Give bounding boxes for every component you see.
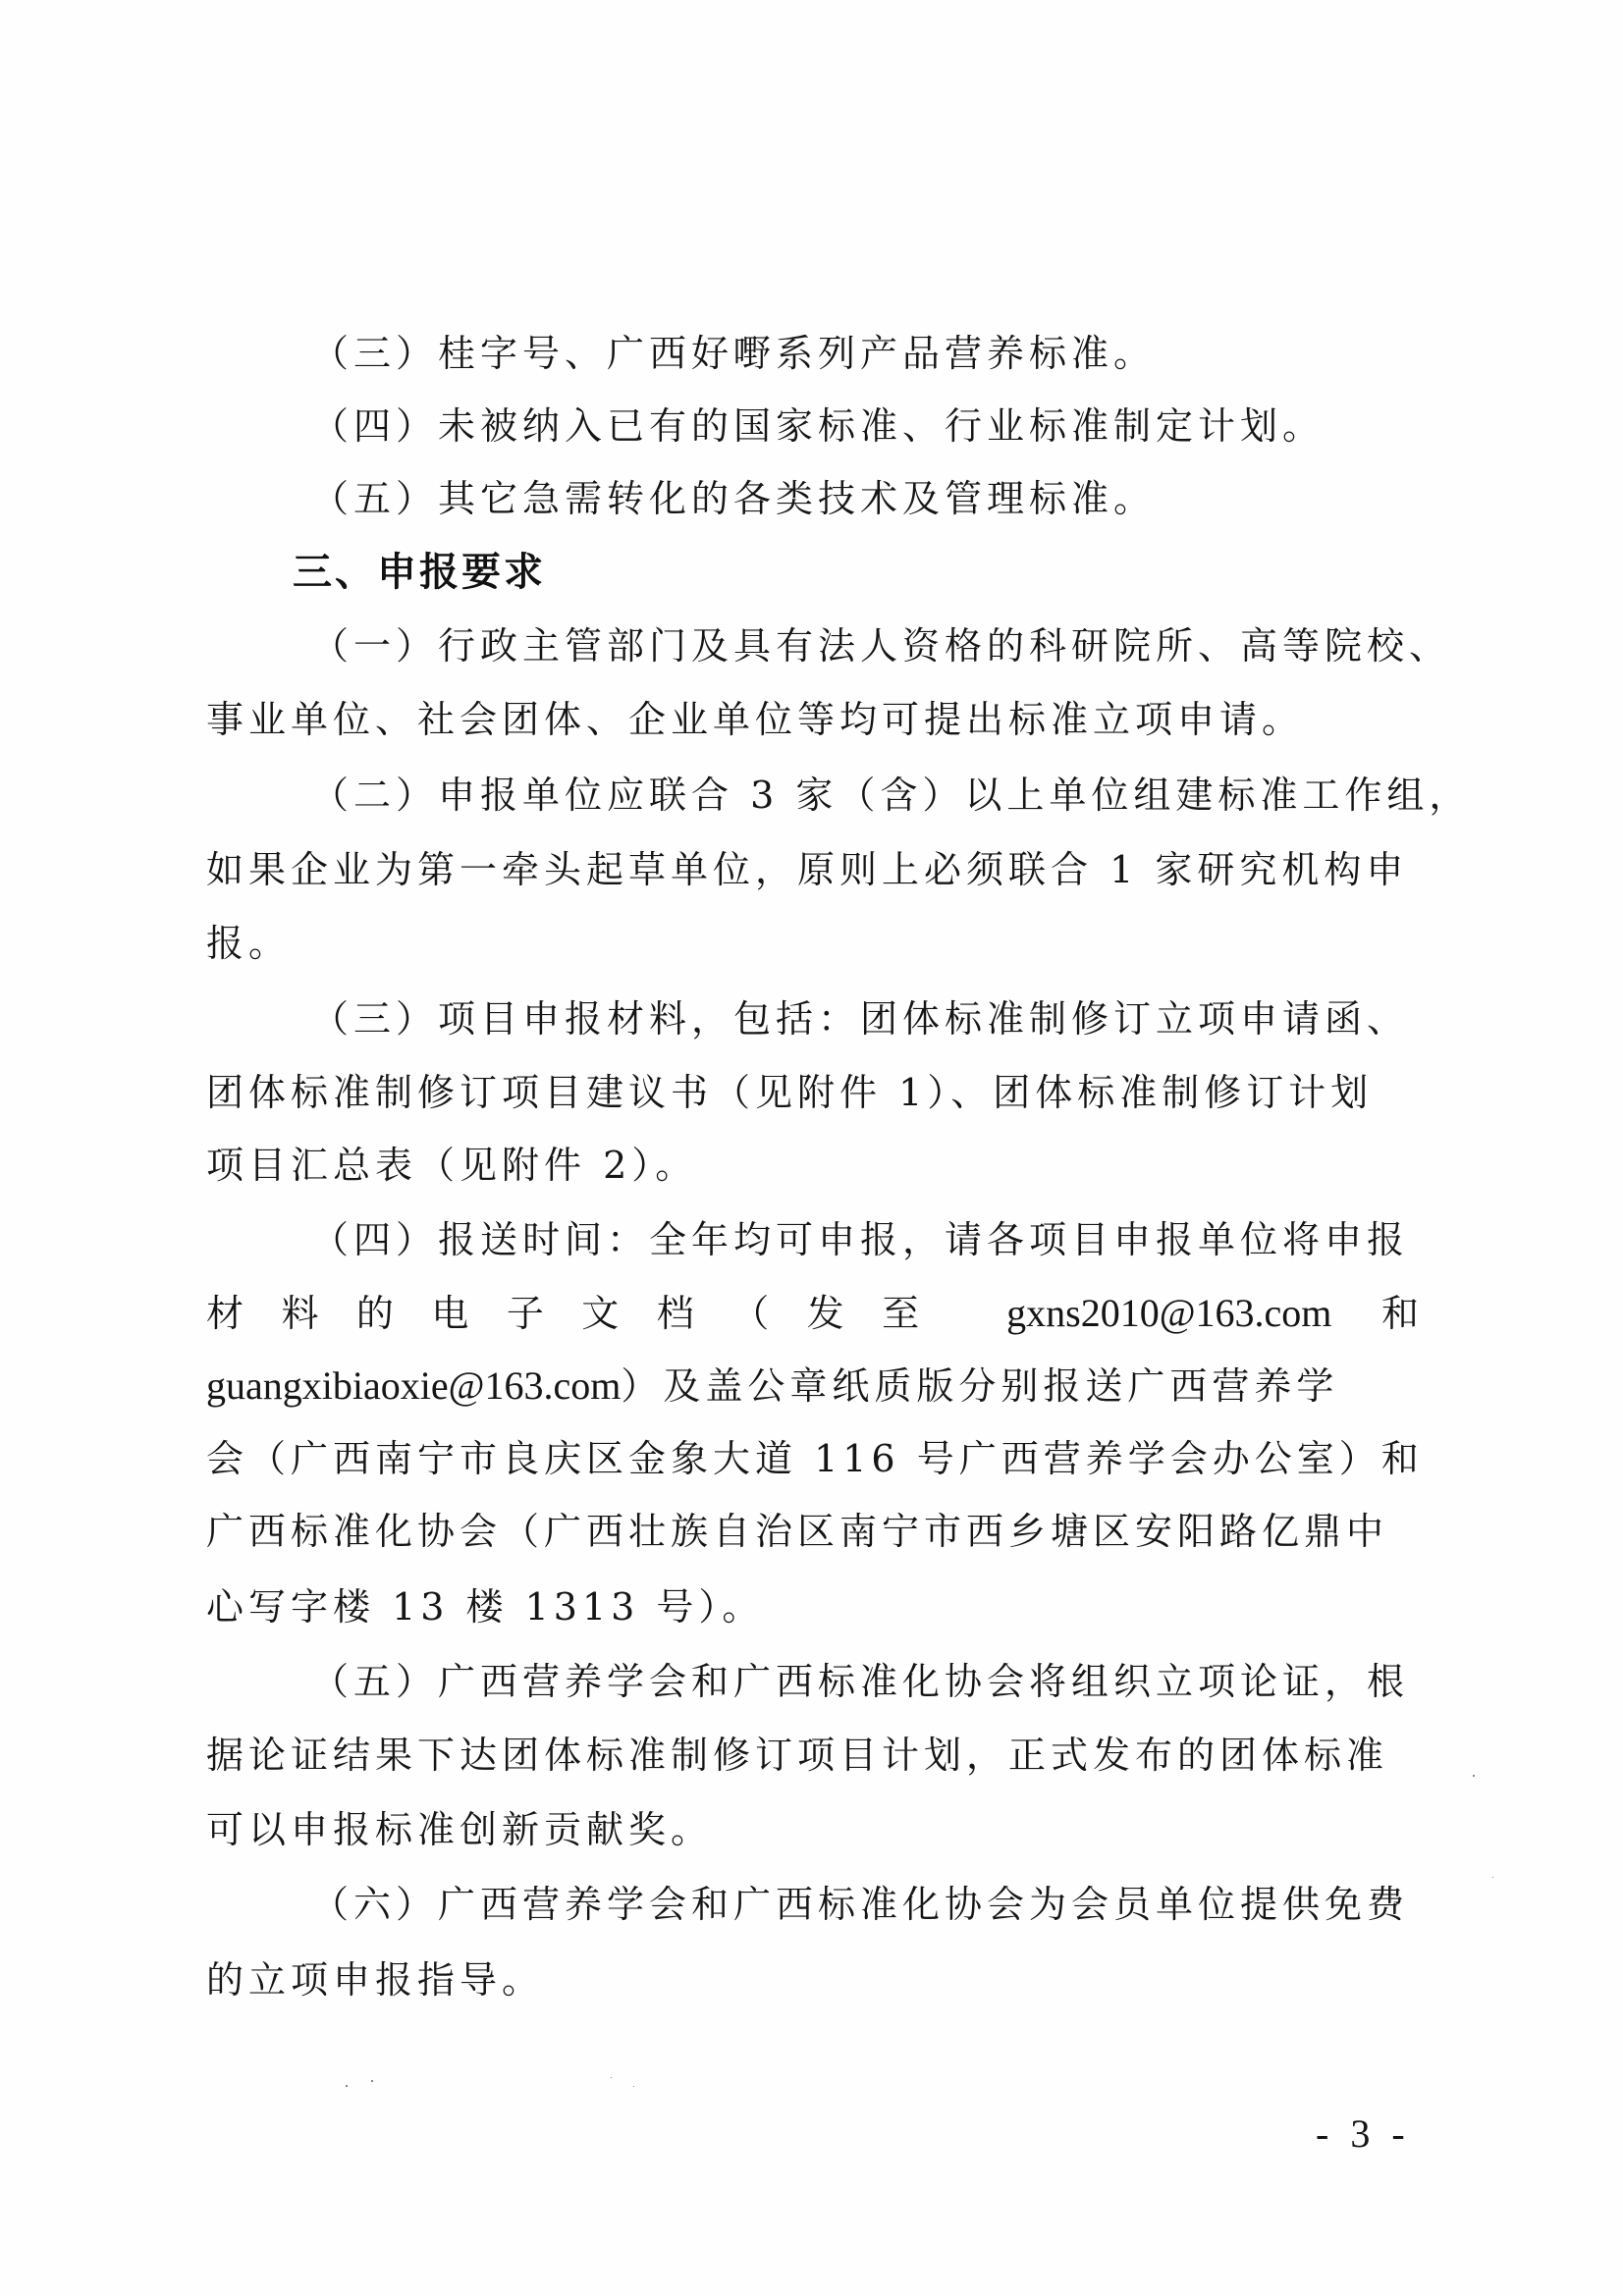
scan-speck	[633, 2086, 634, 2087]
paragraph-line: guangxibiaoxie@163.com）及盖公章纸质版分别报送广西营养学	[206, 1362, 1424, 1411]
document-page: （三）桂字号、广西好嘢系列产品营养标准。 （四）未被纳入已有的国家标准、行业标准…	[0, 0, 1623, 2296]
list-item-text: 其它急需转化的各类技术及管理标准。	[438, 477, 1156, 520]
page-number: - 3 -	[1316, 2110, 1411, 2157]
list-item-label: （三）	[311, 332, 438, 375]
email-link-2[interactable]: guangxibiaoxie@163.com	[206, 1363, 621, 1408]
paragraph-line: 团体标准制修订项目建议书（见附件 1）、团体标准制修订计划	[206, 1068, 1424, 1117]
paragraph-line: 会（广西南宁市良庆区金象大道 116 号广西营养学会办公室）和	[206, 1434, 1424, 1483]
paragraph-line-justified: 材料的电子文档（发至 gxns2010@163.com 和	[206, 1289, 1424, 1338]
paragraph-line: 广西标准化协会（广西壮族自治区南宁市西乡塘区安阳路亿鼎中	[206, 1507, 1424, 1556]
paragraph-text: 材料的电子文档（发至	[206, 1292, 957, 1335]
paragraph-line: 的立项申报指导。	[206, 1955, 1424, 2004]
paragraph-line: （五）广西营养学会和广西标准化协会将组织立项论证，根	[311, 1657, 1424, 1706]
list-item-text: 桂字号、广西好嘢系列产品营养标准。	[438, 332, 1156, 375]
scan-speck	[371, 2080, 373, 2082]
paragraph-line: （二）申报单位应联合 3 家（含）以上单位组建标准工作组，	[311, 771, 1424, 820]
paragraph-line: 如果企业为第一牵头起草单位，原则上必须联合 1 家研究机构申	[206, 845, 1424, 894]
paragraph-line: 心写字楼 13 楼 1313 号）。	[206, 1582, 1424, 1631]
paragraph-text: 和	[1381, 1292, 1424, 1335]
paragraph-line: 项目汇总表（见附件 2）。	[206, 1141, 1424, 1190]
list-item-label: （四）	[311, 404, 438, 448]
paragraph-line: 报。	[206, 919, 1424, 968]
email-link-1[interactable]: gxns2010@163.com	[1006, 1291, 1331, 1335]
list-item-5: （五）其它急需转化的各类技术及管理标准。	[311, 474, 1424, 523]
scan-speck	[346, 2085, 348, 2087]
paragraph-line: （六）广西营养学会和广西标准化协会为会员单位提供免费	[311, 1880, 1424, 1929]
scan-speck	[611, 2077, 612, 2078]
paragraph-line: （一）行政主管部门及具有法人资格的科研院所、高等院校、	[311, 621, 1424, 670]
section-heading: 三、申报要求	[293, 548, 546, 597]
paragraph-line: 可以申报标准创新贡献奖。	[206, 1805, 1424, 1854]
paragraph-line: （四）报送时间：全年均可申报，请各项目申报单位将申报	[311, 1215, 1424, 1264]
list-item-label: （五）	[311, 477, 438, 520]
paragraph-line: （三）项目申报材料，包括：团体标准制修订立项申请函、	[311, 994, 1424, 1043]
list-item-text: 未被纳入已有的国家标准、行业标准制定计划。	[438, 404, 1325, 448]
paragraph-line: 据论证结果下达团体标准制修订项目计划，正式发布的团体标准	[206, 1731, 1424, 1780]
paragraph-text: ）及盖公章纸质版分别报送广西营养学	[621, 1364, 1338, 1408]
scan-speck	[1473, 1775, 1475, 1777]
paragraph-line: 事业单位、社会团体、企业单位等均可提出标准立项申请。	[206, 695, 1424, 744]
list-item-4: （四）未被纳入已有的国家标准、行业标准制定计划。	[311, 401, 1424, 451]
scan-speck	[1492, 1877, 1493, 1878]
list-item-3: （三）桂字号、广西好嘢系列产品营养标准。	[311, 329, 1424, 378]
